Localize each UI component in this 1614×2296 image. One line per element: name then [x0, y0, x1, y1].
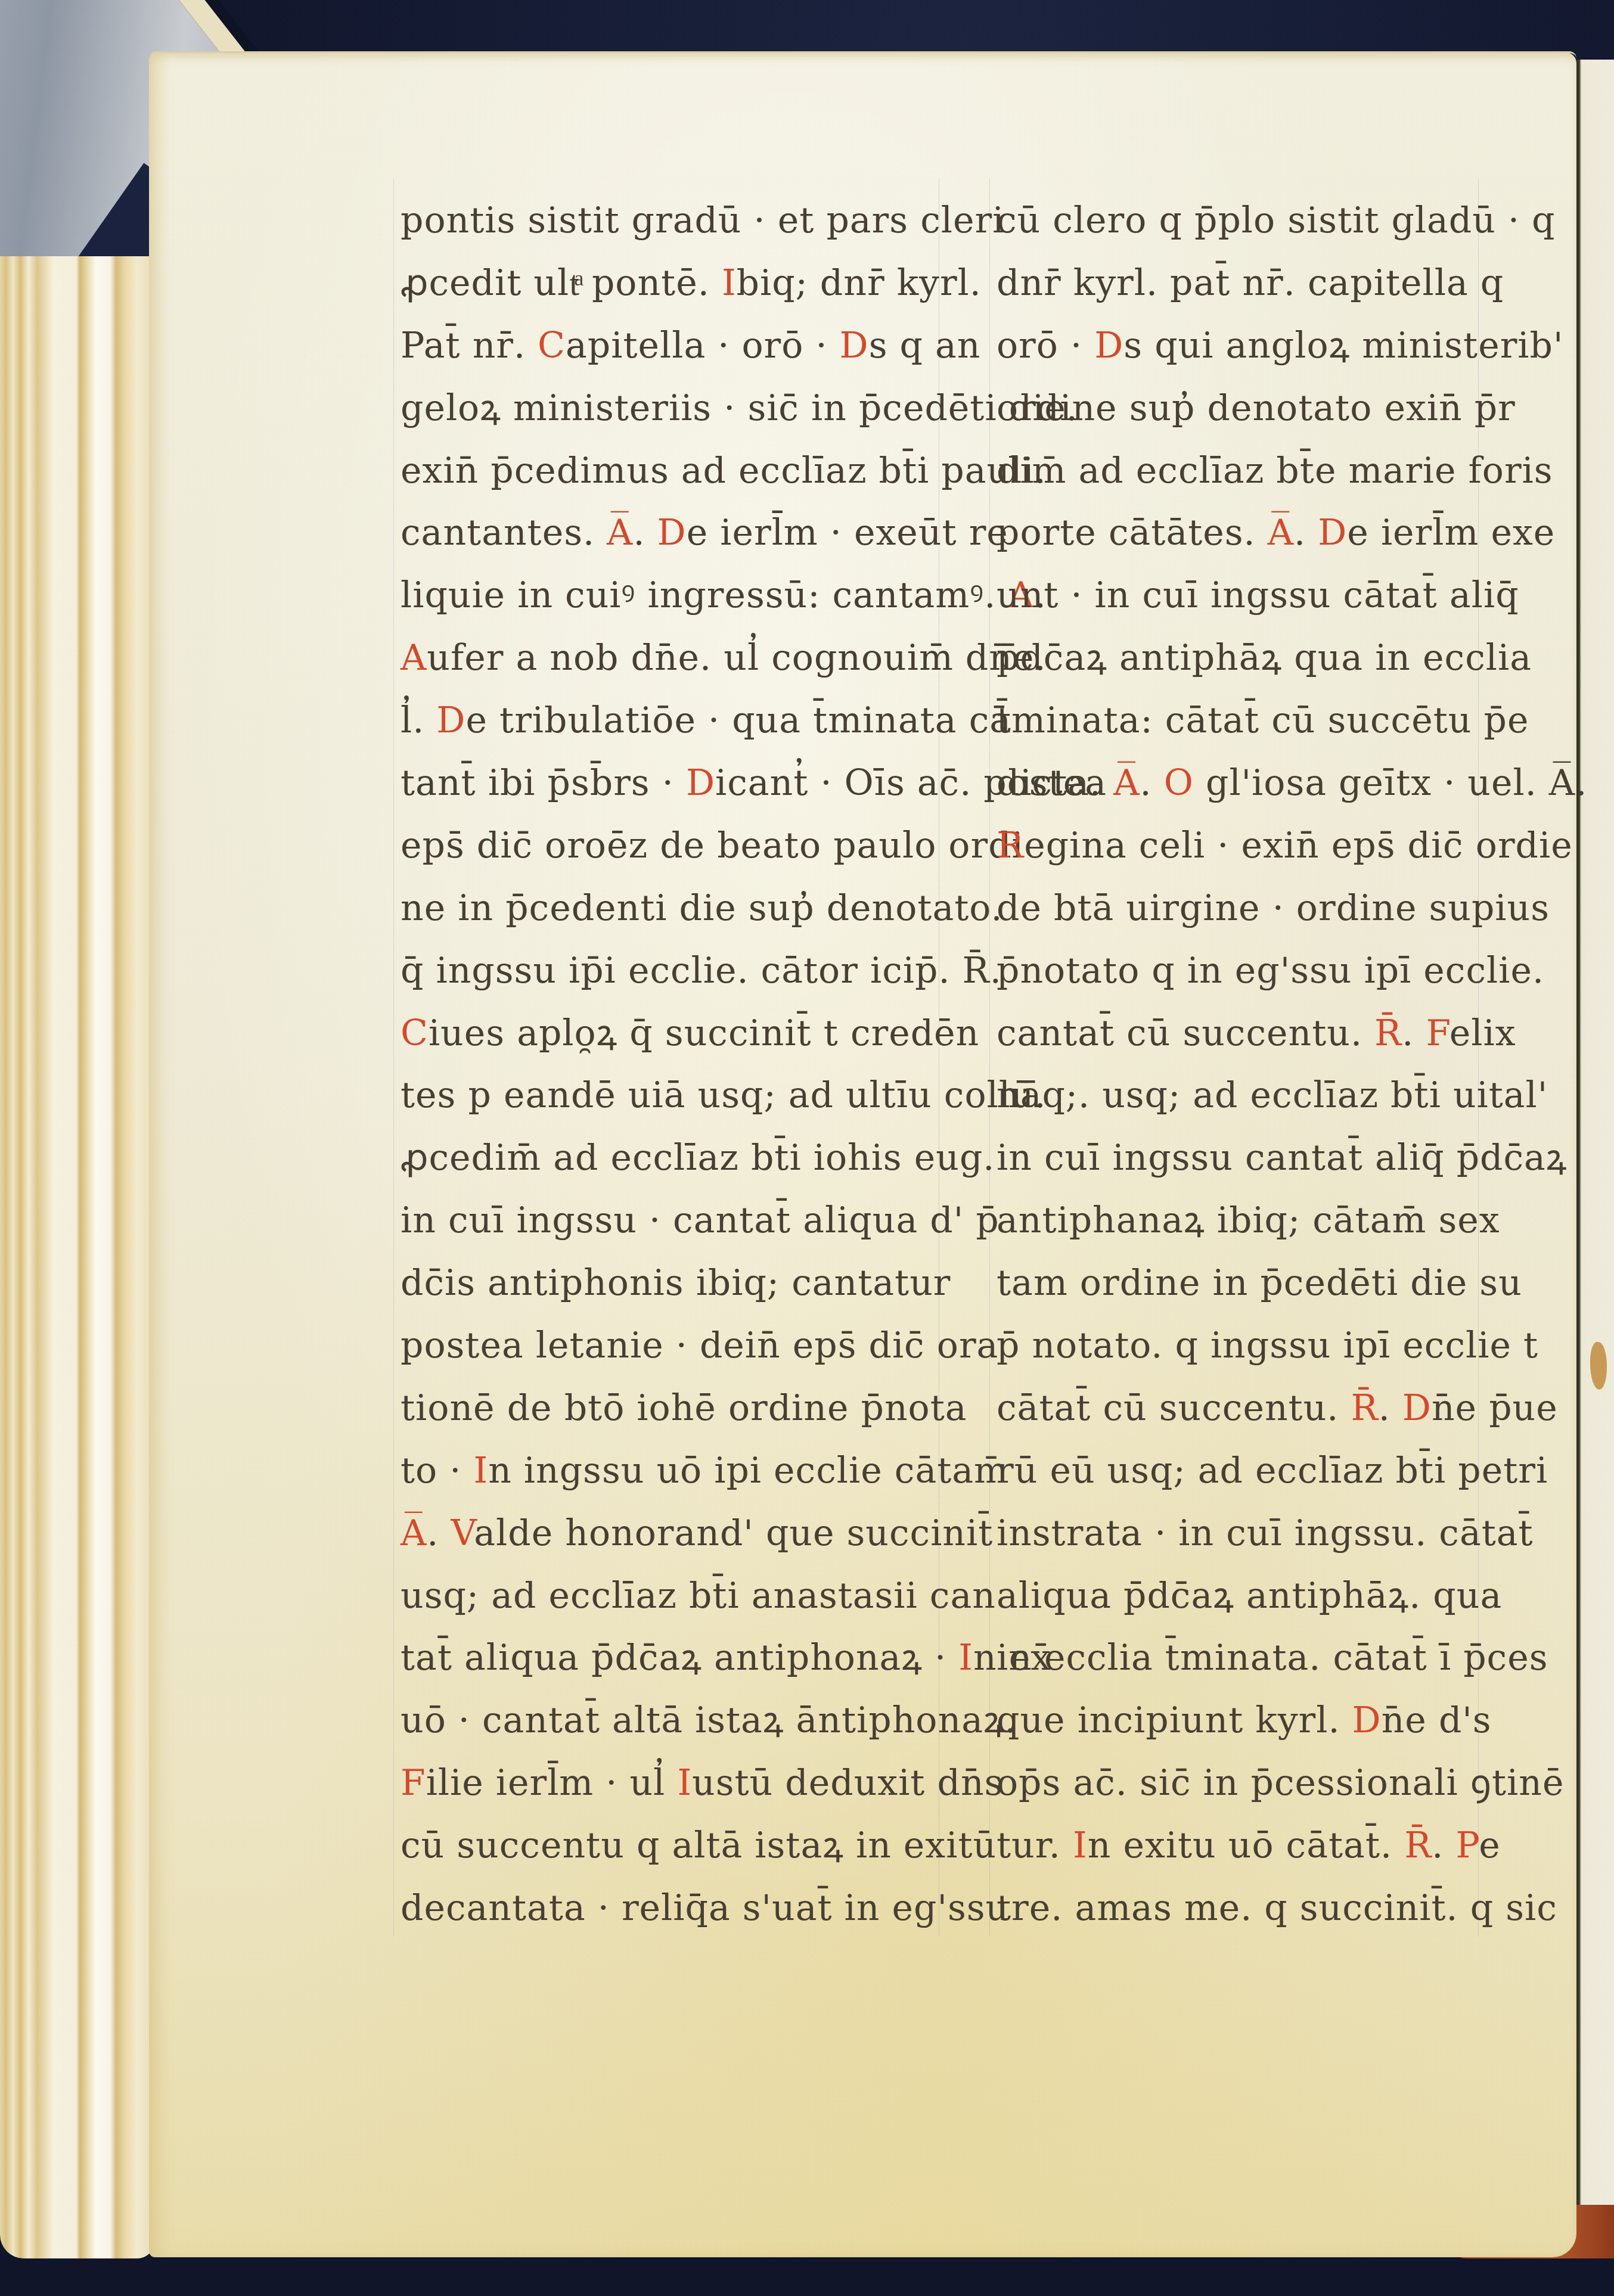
manuscript-line: ꝓcedim̄ ad ecclīaz bt̄i iohis eug. [401, 1127, 937, 1189]
rubric-initial: D [436, 700, 465, 741]
rubric-initial: I [1073, 1825, 1088, 1866]
rubric-initial: I [722, 262, 737, 304]
page-stack-edges [0, 256, 155, 2258]
rubric-initial: V [451, 1512, 474, 1554]
rubric-initial: O [1164, 762, 1194, 804]
rubric-initial: D [657, 512, 687, 554]
manuscript-line: to · In ingssu uō ipi ecclie cātam̄ [401, 1440, 937, 1502]
manuscript-line: nāq;. usq; ad ecclīaz bt̄i uital' [997, 1064, 1485, 1127]
manuscript-line: p̄dc̄aꝝ antiphāꝝ qua in ecclia [997, 627, 1485, 689]
manuscript-line: q̄ ingssu ip̄i ecclie. cātor icip̄. R̄. [401, 940, 937, 1002]
manuscript-line: cantantes. A̅. De ierl̄m · exeūt re [401, 502, 937, 564]
manuscript-line: in cuī ingssu cantat̄ aliq̄ p̄dc̄aꝝ [997, 1127, 1485, 1189]
rubric-initial: R [1404, 1825, 1432, 1866]
rubric-initial: R [1374, 1012, 1402, 1054]
manuscript-line: uō · cantat̄ altā istaꝝ āntiphonaꝝ. [401, 1689, 937, 1752]
page-top-edge [149, 51, 1576, 65]
manuscript-line: p̄ notato. q ingssu ipī ecclie t [997, 1315, 1485, 1377]
manuscript-line: cātat̄ cū succentu. R̄. Dn̄e p̄ue [997, 1377, 1485, 1440]
manuscript-line: in ecclia t̄minata. cātat̄ ī p̄ces [997, 1627, 1485, 1689]
ruling-line-left-outer [393, 179, 394, 1937]
rubric-initial: D [1094, 325, 1123, 366]
manuscript-line: eps̄ dic̄ oroēz de beato paulo ordi [401, 815, 937, 877]
manuscript-line: ne in p̄cedenti die sup̓ denotato. [401, 877, 937, 940]
manuscript-line: ꝓcedit ultͣ pontē. Ibiq; dnr̄ kyrl. [401, 252, 937, 315]
rubric-initial: A [1113, 762, 1140, 804]
manuscript-line: geloꝝ ministeriis · sic̄ in p̄cedēti die… [401, 377, 937, 440]
manuscript-line: cantat̄ cū succentu. R̄. Felix [997, 1002, 1485, 1065]
manuscript-line: Filie ierl̄m · ul̓ Iustū deduxit dn̄s [401, 1752, 937, 1815]
manuscript-line: unt · in cuī ingssu cātat̄ aliq̄ [997, 564, 1485, 627]
manuscript-line: que incipiunt kyrl. Dn̄e d's [997, 1689, 1485, 1752]
manuscript-line: pontis sistit gradū · et pars cleri [401, 189, 937, 252]
manuscript-line: tur. In exitu uō cātat̄. R̄. Pe [997, 1815, 1485, 1877]
manuscript-line: tionē de btō iohē ordine p̄nota [401, 1377, 937, 1440]
manuscript-line: tant̄ ibi p̄sb̄rs · Dicant̓ · Oīs ac̄. p… [401, 752, 937, 815]
manuscript-line: Regina celi · exin̄ eps̄ dic̄ ordie [997, 815, 1485, 877]
manuscript-line: liquie in cuiꝰ ingressū: cantamꝰ. A. [401, 564, 937, 627]
rubric-initial: P [1455, 1825, 1479, 1866]
rubric-initial: R [1351, 1387, 1378, 1429]
manuscript-line: dicta. A̅. O gl'iosa geītx · uel. A̅. [997, 752, 1485, 815]
rubric-initial: D [1318, 512, 1347, 554]
manuscript-line: orō · Ds qui angloꝝ ministerib' [997, 315, 1485, 377]
rubric-initial: I [677, 1762, 692, 1804]
manuscript-line: instrata · in cuī ingssu. cātat̄ [997, 1502, 1485, 1565]
manuscript-line: aliqua p̄dc̄aꝝ antiphāꝝ. qua [997, 1565, 1485, 1627]
manuscript-line: t̄minata: cātat̄ cū succētu p̄e [997, 689, 1485, 752]
manuscript-line: dnr̄ kyrl. pat̄ nr̄. capitella q [997, 252, 1485, 315]
rubric-initial: R [997, 825, 1024, 866]
parchment-stain [1590, 1342, 1607, 1390]
manuscript-line: A̅. Valde honorand' que succinit̄ [401, 1502, 937, 1565]
manuscript-line: ordine sup̓ denotato exin̄ p̄r [997, 377, 1485, 440]
text-column-left: pontis sistit gradū · et pars cleriꝓcedi… [401, 189, 937, 1940]
manuscript-line: decantata · reliq̄a s'uat̄ in eg'ssu [401, 1877, 937, 1940]
text-column-right: cū clero q p̄plo sistit gladū · qdnr̄ ky… [997, 189, 1485, 1940]
manuscript-line: dim̄ ad ecclīaz bt̄e marie foris [997, 440, 1485, 502]
manuscript-line: tes p eandē uiā usq; ad ultīu collū. [401, 1064, 937, 1127]
rubric-initial: A [607, 512, 633, 554]
manuscript-line: tat̄ aliqua p̄dc̄aꝝ antiphonaꝝ · In ex̄ [401, 1627, 937, 1689]
rubric-initial: F [1426, 1012, 1449, 1054]
rubric-initial: A [1268, 512, 1294, 554]
manuscript-line: tre. amas me. q succinit̄. q sic [997, 1877, 1485, 1940]
manuscript-line: antiphanaꝝ ibiq; cātam̄ sex [997, 1189, 1485, 1252]
rubric-initial: D [1352, 1700, 1382, 1741]
rubric-initial: F [401, 1762, 426, 1804]
manuscript-line: cū succentu q altā istaꝝ in exitū [401, 1815, 937, 1877]
rubric-initial: C [401, 1012, 429, 1054]
manuscript-line: dc̄is antiphonis ibiq; cantatur [401, 1252, 937, 1315]
rubric-initial: D [686, 762, 715, 804]
facing-page-edge [1576, 60, 1614, 2252]
manuscript-line: cū clero q p̄plo sistit gladū · q [997, 189, 1485, 252]
rubric-initial: A [401, 637, 427, 679]
manuscript-line: de btā uirgine · ordine supius [997, 877, 1485, 940]
manuscript-line: rū eū usq; ad ecclīaz bt̄i petri [997, 1440, 1485, 1502]
rubric-initial: D [1402, 1387, 1432, 1429]
manuscript-line: Pat̄ nr̄. Capitella · orō · Ds q an [401, 315, 937, 377]
manuscript-line: Aufer a nob dn̄e. ul̓ cognouim̄ dn̄e. [401, 627, 937, 689]
manuscript-line: Ciues aplo̯ꝝ q̄ succinit̄ t credēn [401, 1002, 937, 1065]
manuscript-line: exin̄ p̄cedimus ad ecclīaz bt̄i pauli. [401, 440, 937, 502]
manuscript-line: l̓. De tribulatiōe · qua t̄minata cā [401, 689, 937, 752]
manuscript-line: postea letanie · dein̄ eps̄ dic̄ ora [401, 1315, 937, 1377]
manuscript-line: tam ordine in p̄cedēti die su [997, 1252, 1485, 1315]
rubric-initial: D [840, 325, 869, 366]
manuscript-line: op̄s ac̄. sic̄ in p̄cessionali ꝯtinē [997, 1752, 1485, 1815]
manuscript-line: usq; ad ecclīaz bt̄i anastasii can [401, 1565, 937, 1627]
manuscript-line: in cuī ingssu · cantat̄ aliqua d' p̄ [401, 1189, 937, 1252]
manuscript-line: porte cātātes. A̅. De ierl̄m exe [997, 502, 1485, 564]
manuscript-line: p̄notato q in eg'ssu ipī ecclie. [997, 940, 1485, 1002]
rubric-initial: I [473, 1450, 488, 1492]
rubric-initial: I [958, 1637, 973, 1679]
rubric-initial: A [401, 1512, 427, 1554]
rubric-initial: C [538, 325, 566, 366]
